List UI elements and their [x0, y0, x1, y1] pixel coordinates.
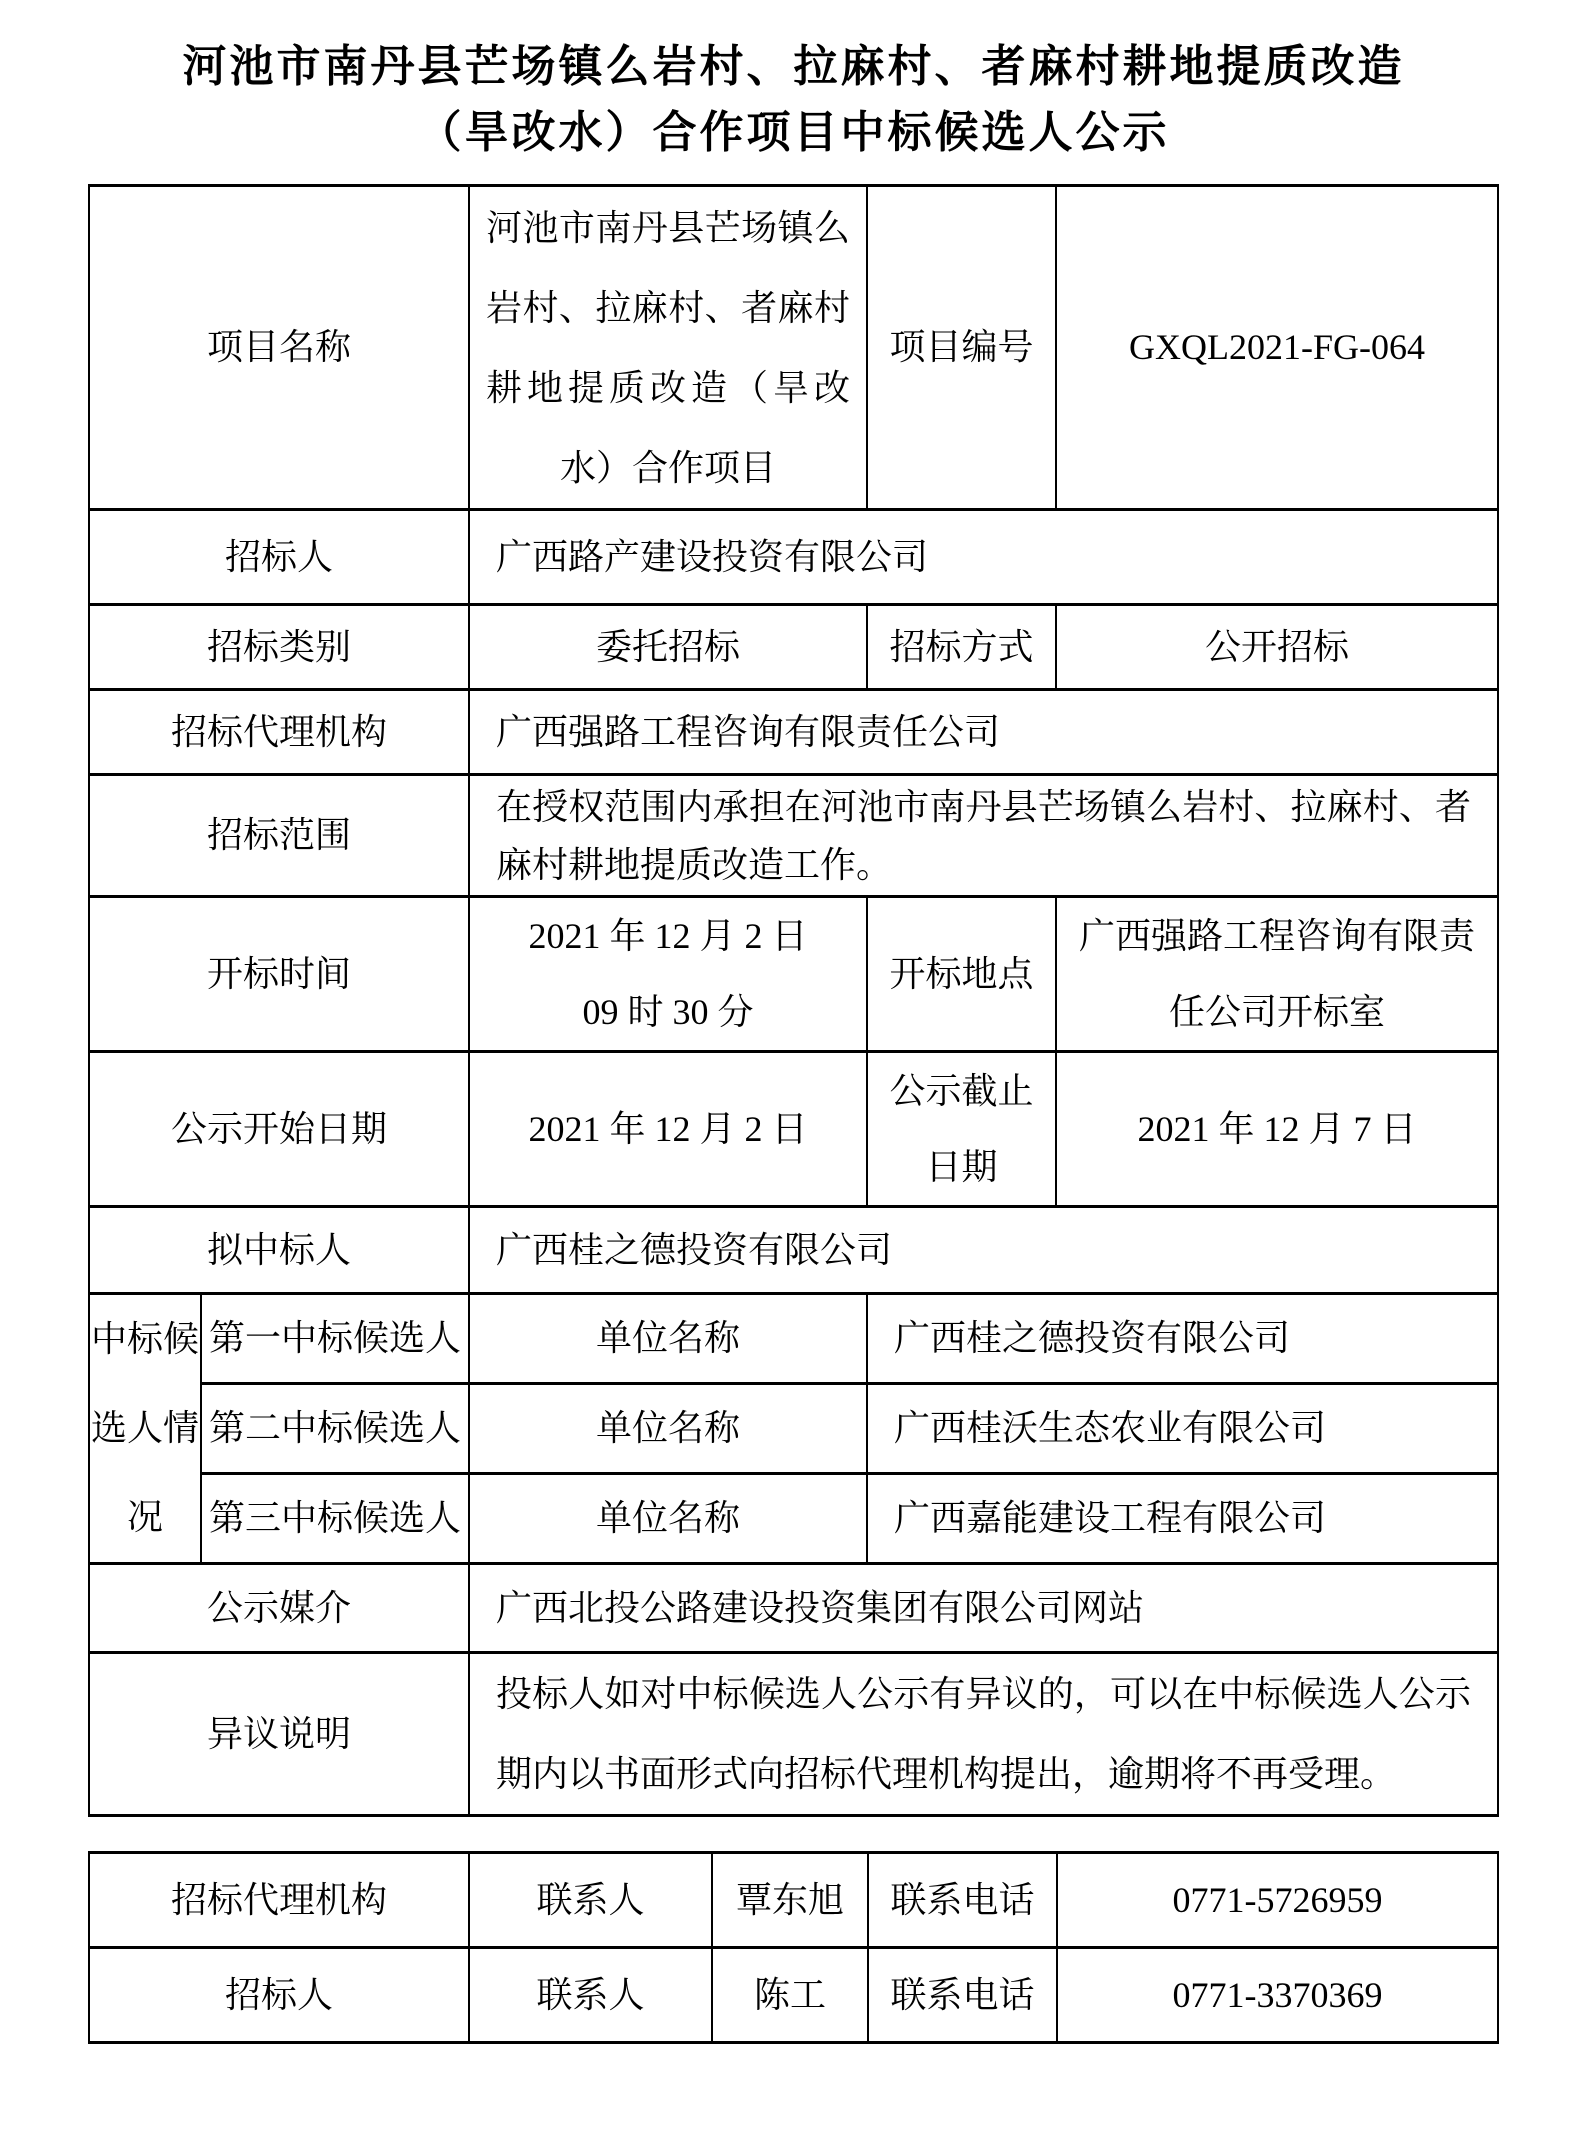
- candidate-2-unit-label: 单位名称: [469, 1384, 867, 1474]
- open-time-label: 开标时间: [89, 897, 469, 1052]
- open-time-clock: 09 时 30 分: [478, 974, 858, 1050]
- page-title-line1: 河池市南丹县芒场镇么岩村、拉麻村、者麻村耕地提质改造: [0, 34, 1587, 100]
- candidate-3-unit-label: 单位名称: [469, 1474, 867, 1564]
- contact-agency-phone-label: 联系电话: [868, 1853, 1057, 1948]
- publicity-end-label: 公示截止日期: [867, 1052, 1056, 1207]
- agency-value: 广西强路工程咨询有限责任公司: [469, 690, 1498, 775]
- media-value: 广西北投公路建设投资集团有限公司网站: [469, 1564, 1498, 1653]
- row-candidate-1: 中标候选人情况 第一中标候选人 单位名称 广西桂之德投资有限公司: [89, 1294, 1498, 1384]
- row-open-time: 开标时间 2021 年 12 月 2 日 09 时 30 分 开标地点 广西强路…: [89, 897, 1498, 1052]
- candidate-3-rank-label: 第三中标候选人: [201, 1474, 469, 1564]
- project-name-value: 河池市南丹县芒场镇么岩村、拉麻村、者麻村耕地提质改造（旱改水）合作项目: [469, 186, 867, 510]
- tender-method-value: 公开招标: [1056, 605, 1498, 690]
- open-place-label: 开标地点: [867, 897, 1056, 1052]
- project-no-value: GXQL2021-FG-064: [1056, 186, 1498, 510]
- page-title-line2: （旱改水）合作项目中标候选人公示: [0, 100, 1587, 166]
- contact-tenderee-person-name: 陈工: [712, 1948, 868, 2043]
- row-objection: 异议说明 投标人如对中标候选人公示有异议的，可以在中标候选人公示期内以书面形式向…: [89, 1653, 1498, 1816]
- page-title: 河池市南丹县芒场镇么岩村、拉麻村、者麻村耕地提质改造 （旱改水）合作项目中标候选…: [0, 0, 1587, 166]
- project-name-label: 项目名称: [89, 186, 469, 510]
- row-tender-category: 招标类别 委托招标 招标方式 公开招标: [89, 605, 1498, 690]
- announcement-table: 项目名称 河池市南丹县芒场镇么岩村、拉麻村、者麻村耕地提质改造（旱改水）合作项目…: [88, 184, 1499, 1817]
- candidate-1-rank-label: 第一中标候选人: [201, 1294, 469, 1384]
- open-place-value: 广西强路工程咨询有限责任公司开标室: [1056, 897, 1498, 1052]
- objection-value: 投标人如对中标候选人公示有异议的，可以在中标候选人公示期内以书面形式向招标代理机…: [469, 1653, 1498, 1816]
- proposed-winner-value: 广西桂之德投资有限公司: [469, 1207, 1498, 1294]
- open-time-value: 2021 年 12 月 2 日 09 时 30 分: [469, 897, 867, 1052]
- publicity-start-value: 2021 年 12 月 2 日: [469, 1052, 867, 1207]
- media-label: 公示媒介: [89, 1564, 469, 1653]
- candidate-2-rank-label: 第二中标候选人: [201, 1384, 469, 1474]
- candidate-3-unit-value: 广西嘉能建设工程有限公司: [867, 1474, 1498, 1564]
- open-time-date: 2021 年 12 月 2 日: [478, 898, 858, 974]
- project-no-label: 项目编号: [867, 186, 1056, 510]
- contact-agency-org-label: 招标代理机构: [89, 1853, 469, 1948]
- contact-tenderee-phone-label: 联系电话: [868, 1948, 1057, 2043]
- proposed-winner-label: 拟中标人: [89, 1207, 469, 1294]
- contact-agency-person-name: 覃东旭: [712, 1853, 868, 1948]
- contact-agency-person-label: 联系人: [469, 1853, 712, 1948]
- contact-tenderee-phone-value: 0771-3370369: [1057, 1948, 1498, 2043]
- contact-tenderee-org-label: 招标人: [89, 1948, 469, 2043]
- scope-value: 在授权范围内承担在河池市南丹县芒场镇么岩村、拉麻村、者麻村耕地提质改造工作。: [469, 775, 1498, 897]
- row-media: 公示媒介 广西北投公路建设投资集团有限公司网站: [89, 1564, 1498, 1653]
- tender-category-label: 招标类别: [89, 605, 469, 690]
- row-tenderee: 招标人 广西路产建设投资有限公司: [89, 510, 1498, 605]
- publicity-end-value: 2021 年 12 月 7 日: [1056, 1052, 1498, 1207]
- candidate-1-unit-value: 广西桂之德投资有限公司: [867, 1294, 1498, 1384]
- tenderee-label: 招标人: [89, 510, 469, 605]
- contact-row-agency: 招标代理机构 联系人 覃东旭 联系电话 0771-5726959: [89, 1853, 1498, 1948]
- tenderee-value: 广西路产建设投资有限公司: [469, 510, 1498, 605]
- tender-method-label: 招标方式: [867, 605, 1056, 690]
- objection-label: 异议说明: [89, 1653, 469, 1816]
- contact-row-tenderee: 招标人 联系人 陈工 联系电话 0771-3370369: [89, 1948, 1498, 2043]
- agency-label: 招标代理机构: [89, 690, 469, 775]
- row-candidate-2: 第二中标候选人 单位名称 广西桂沃生态农业有限公司: [89, 1384, 1498, 1474]
- row-project-name: 项目名称 河池市南丹县芒场镇么岩村、拉麻村、者麻村耕地提质改造（旱改水）合作项目…: [89, 186, 1498, 510]
- candidate-2-unit-value: 广西桂沃生态农业有限公司: [867, 1384, 1498, 1474]
- contact-table: 招标代理机构 联系人 覃东旭 联系电话 0771-5726959 招标人 联系人…: [88, 1851, 1499, 2044]
- tender-category-value: 委托招标: [469, 605, 867, 690]
- row-publicity-dates: 公示开始日期 2021 年 12 月 2 日 公示截止日期 2021 年 12 …: [89, 1052, 1498, 1207]
- scope-label: 招标范围: [89, 775, 469, 897]
- publicity-start-label: 公示开始日期: [89, 1052, 469, 1207]
- contact-agency-phone-value: 0771-5726959: [1057, 1853, 1498, 1948]
- row-candidate-3: 第三中标候选人 单位名称 广西嘉能建设工程有限公司: [89, 1474, 1498, 1564]
- row-agency: 招标代理机构 广西强路工程咨询有限责任公司: [89, 690, 1498, 775]
- row-scope: 招标范围 在授权范围内承担在河池市南丹县芒场镇么岩村、拉麻村、者麻村耕地提质改造…: [89, 775, 1498, 897]
- contact-tenderee-person-label: 联系人: [469, 1948, 712, 2043]
- candidate-1-unit-label: 单位名称: [469, 1294, 867, 1384]
- row-proposed-winner: 拟中标人 广西桂之德投资有限公司: [89, 1207, 1498, 1294]
- candidates-group-label: 中标候选人情况: [89, 1294, 201, 1564]
